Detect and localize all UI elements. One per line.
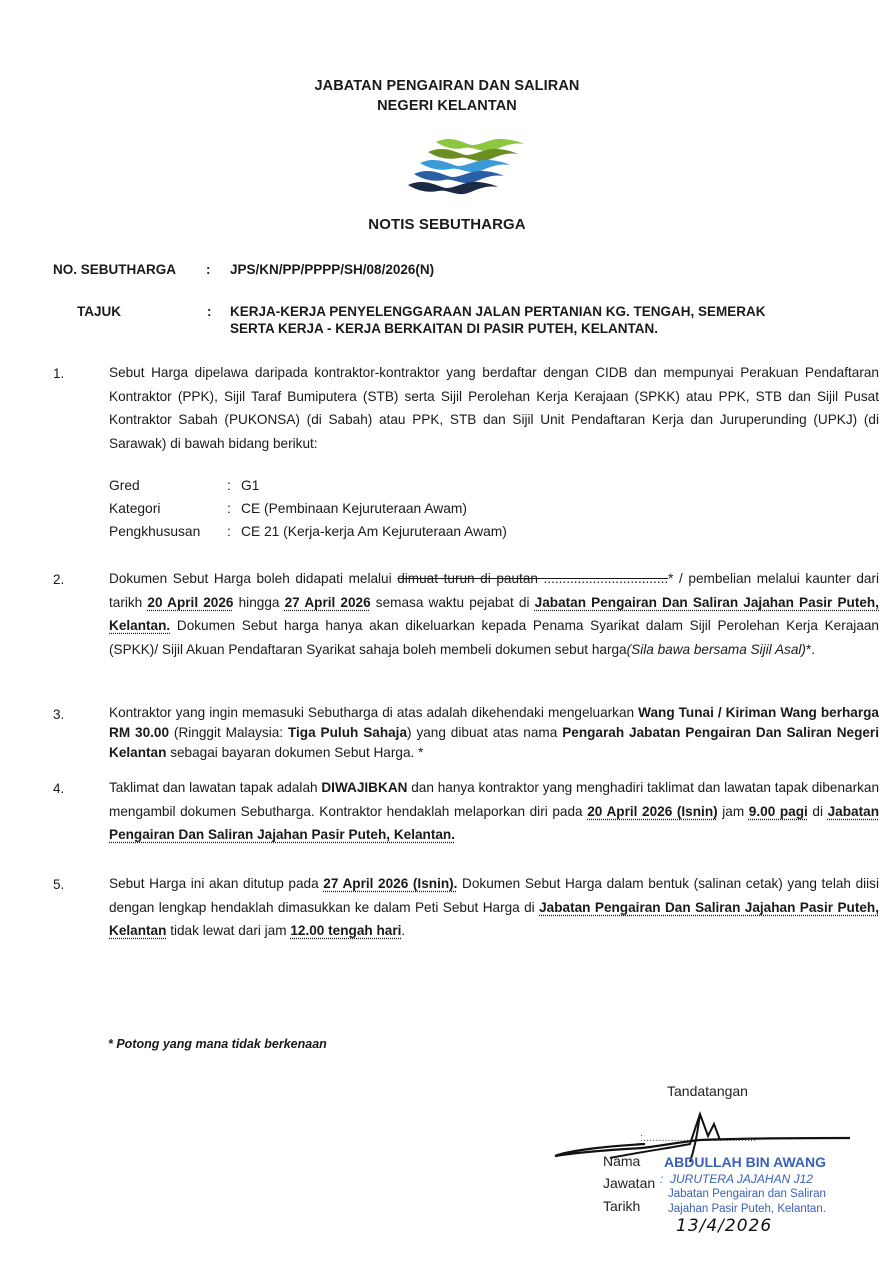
spec-row-grade: Gred:G1 [109,474,507,497]
para-2-number: 2. [53,572,64,587]
para-4-text: Taklimat dan lawatan tapak adalah DIWAJI… [109,776,879,847]
para-3-text: Kontraktor yang ingin memasuki Sebutharg… [109,703,879,763]
reference-number-label: NO. SEBUTHARGA [53,262,176,277]
stamp-officer-name: ABDULLAH BIN AWANG [664,1154,826,1170]
para-3-number: 3. [53,707,64,722]
para-1-text: Sebut Harga dipelawa daripada kontraktor… [109,361,879,455]
stamp-position: : JURUTERA JAJAHAN J12 [660,1172,813,1186]
para-5-number: 5. [53,877,64,892]
footnote: * Potong yang mana tidak berkenaan [108,1037,327,1051]
signature-heading: Tandatangan [667,1083,748,1099]
stamp-office-line-2: Jajahan Pasir Puteh, Kelantan. [668,1203,826,1215]
notice-title: NOTIS SEBUTHARGA [0,216,894,233]
title-line-2: SERTA KERJA - KERJA BERKAITAN DI PASIR P… [230,321,658,336]
position-label: Jawatan [603,1175,655,1191]
jps-wave-logo-icon [408,136,526,196]
title-line-1: KERJA-KERJA PENYELENGGARAAN JALAN PERTAN… [230,304,766,319]
title-sep: : [207,304,212,319]
spec-list: Gred:G1 Kategori:CE (Pembinaan Kejuruter… [109,474,507,543]
spec-row-specialization: Pengkhususan:CE 21 (Kerja-kerja Am Kejur… [109,520,507,543]
para-4-number: 4. [53,781,64,796]
para-1-number: 1. [53,366,64,381]
notice-page: JABATAN PENGAIRAN DAN SALIRAN NEGERI KEL… [0,0,894,1280]
spec-row-category: Kategori:CE (Pembinaan Kejuruteraan Awam… [109,497,507,520]
title-label: TAJUK [77,304,121,319]
para-2-text: Dokumen Sebut Harga boleh didapati melal… [109,567,879,661]
stamp-office-line-1: Jabatan Pengairan dan Saliran [668,1188,826,1200]
date-label: Tarikh [603,1198,640,1214]
reference-number-sep: : [206,262,211,277]
para-5-text: Sebut Harga ini akan ditutup pada 27 Apr… [109,872,879,943]
name-label: Nama [603,1153,640,1169]
handwritten-date: 13/4/2026 [676,1216,772,1236]
department-name: JABATAN PENGAIRAN DAN SALIRAN [0,78,894,94]
reference-number-value: JPS/KN/PP/PPPP/SH/08/2026(N) [230,262,434,277]
state-name: NEGERI KELANTAN [0,98,894,114]
